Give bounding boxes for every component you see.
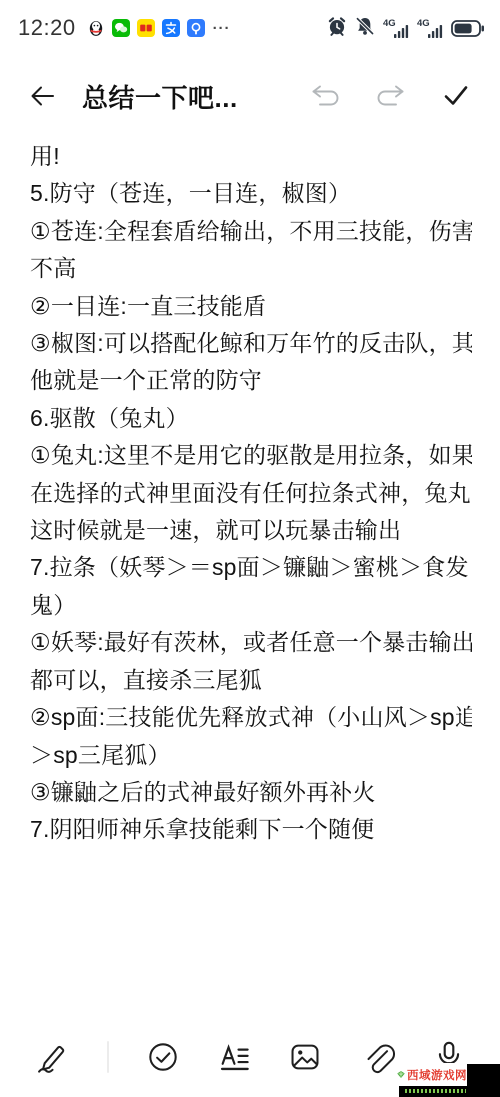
alipay-app-icon bbox=[162, 19, 180, 37]
handwriting-pen-icon[interactable] bbox=[34, 1040, 70, 1074]
note-line: ③镰鼬之后的式神最好额外再补火 bbox=[30, 774, 472, 811]
note-line: ＞sp三尾狐） bbox=[30, 737, 472, 774]
insert-image-icon[interactable] bbox=[288, 1040, 322, 1074]
note-title[interactable]: 总结一下吧... bbox=[82, 78, 238, 115]
gem-icon bbox=[397, 1068, 405, 1081]
attachment-paperclip-icon[interactable] bbox=[359, 1040, 395, 1074]
note-line: ①苍连:全程套盾给输出，不用三技能，伤害 bbox=[30, 213, 472, 250]
watermark-subtext bbox=[405, 1089, 467, 1093]
note-line: ①兔丸:这里不是用它的驱散是用拉条，如果 bbox=[30, 437, 472, 474]
note-line: 都可以，直接杀三尾狐 bbox=[30, 662, 472, 699]
undo-icon[interactable] bbox=[310, 84, 340, 108]
note-line: 鬼） bbox=[30, 587, 472, 624]
back-button[interactable] bbox=[28, 82, 56, 110]
clock-time: 12:20 bbox=[18, 15, 76, 41]
redo-icon[interactable] bbox=[376, 84, 406, 108]
note-editor-body[interactable]: 用!5.防守（苍连，一目连，椒图）①苍连:全程套盾给输出，不用三技能，伤害不高②… bbox=[0, 124, 500, 849]
qq-app-icon bbox=[87, 19, 105, 37]
note-line: 他就是一个正常的防守 bbox=[30, 362, 472, 399]
todo-check-icon[interactable] bbox=[146, 1040, 180, 1074]
note-line: 用! bbox=[30, 138, 472, 175]
more-apps-indicator: ··· bbox=[213, 21, 231, 36]
note-line: 6.驱散（兔丸） bbox=[30, 400, 472, 437]
watermark-site-name: 西域游戏网 bbox=[407, 1067, 467, 1083]
toolbar-divider bbox=[107, 1041, 109, 1073]
note-line: 5.防守（苍连，一目连，椒图） bbox=[30, 175, 472, 212]
note-line: 不高 bbox=[30, 250, 472, 287]
note-line: ③椒图:可以搭配化鲸和万年竹的反击队，其 bbox=[30, 325, 472, 362]
note-line: 7.拉条（妖琴＞＝sp面＞镰鼬＞蜜桃＞食发 bbox=[30, 549, 472, 586]
note-line: ①妖琴:最好有茨林，或者任意一个暴击输出 bbox=[30, 624, 472, 661]
status-bar: 12:20 bbox=[0, 0, 500, 48]
notes-app-screen: 12:20 bbox=[0, 0, 500, 1097]
confirm-check-icon[interactable] bbox=[442, 83, 470, 109]
notifications-muted-icon bbox=[355, 16, 375, 41]
battery-icon bbox=[451, 20, 484, 37]
watermark-black-corner bbox=[466, 1064, 500, 1097]
note-line: ②一目连:一直三技能盾 bbox=[30, 288, 472, 325]
note-line: ②sp面:三技能优先释放式神（小山风＞sp追 bbox=[30, 699, 472, 736]
alarm-clock-icon bbox=[327, 16, 347, 41]
text-format-icon[interactable] bbox=[217, 1040, 251, 1074]
yellow-app-icon bbox=[137, 19, 155, 37]
wechat-app-icon bbox=[112, 19, 130, 37]
signal-4g-sim1-icon: 4G bbox=[383, 18, 409, 38]
status-bar-right: 4G 4G bbox=[327, 16, 484, 41]
blue-app-icon bbox=[187, 19, 205, 37]
note-line: 在选择的式神里面没有任何拉条式神，兔丸 bbox=[30, 475, 472, 512]
note-line: 7.阴阳师神乐拿技能剩下一个随便 bbox=[30, 811, 472, 848]
note-line: 这时候就是一速，就可以玩暴击输出 bbox=[30, 512, 472, 549]
title-bar: 总结一下吧... bbox=[0, 68, 500, 124]
status-bar-left: 12:20 bbox=[18, 15, 231, 41]
signal-4g-sim2-icon: 4G bbox=[417, 18, 443, 38]
watermark-label: 西域游戏网 bbox=[397, 1063, 467, 1086]
